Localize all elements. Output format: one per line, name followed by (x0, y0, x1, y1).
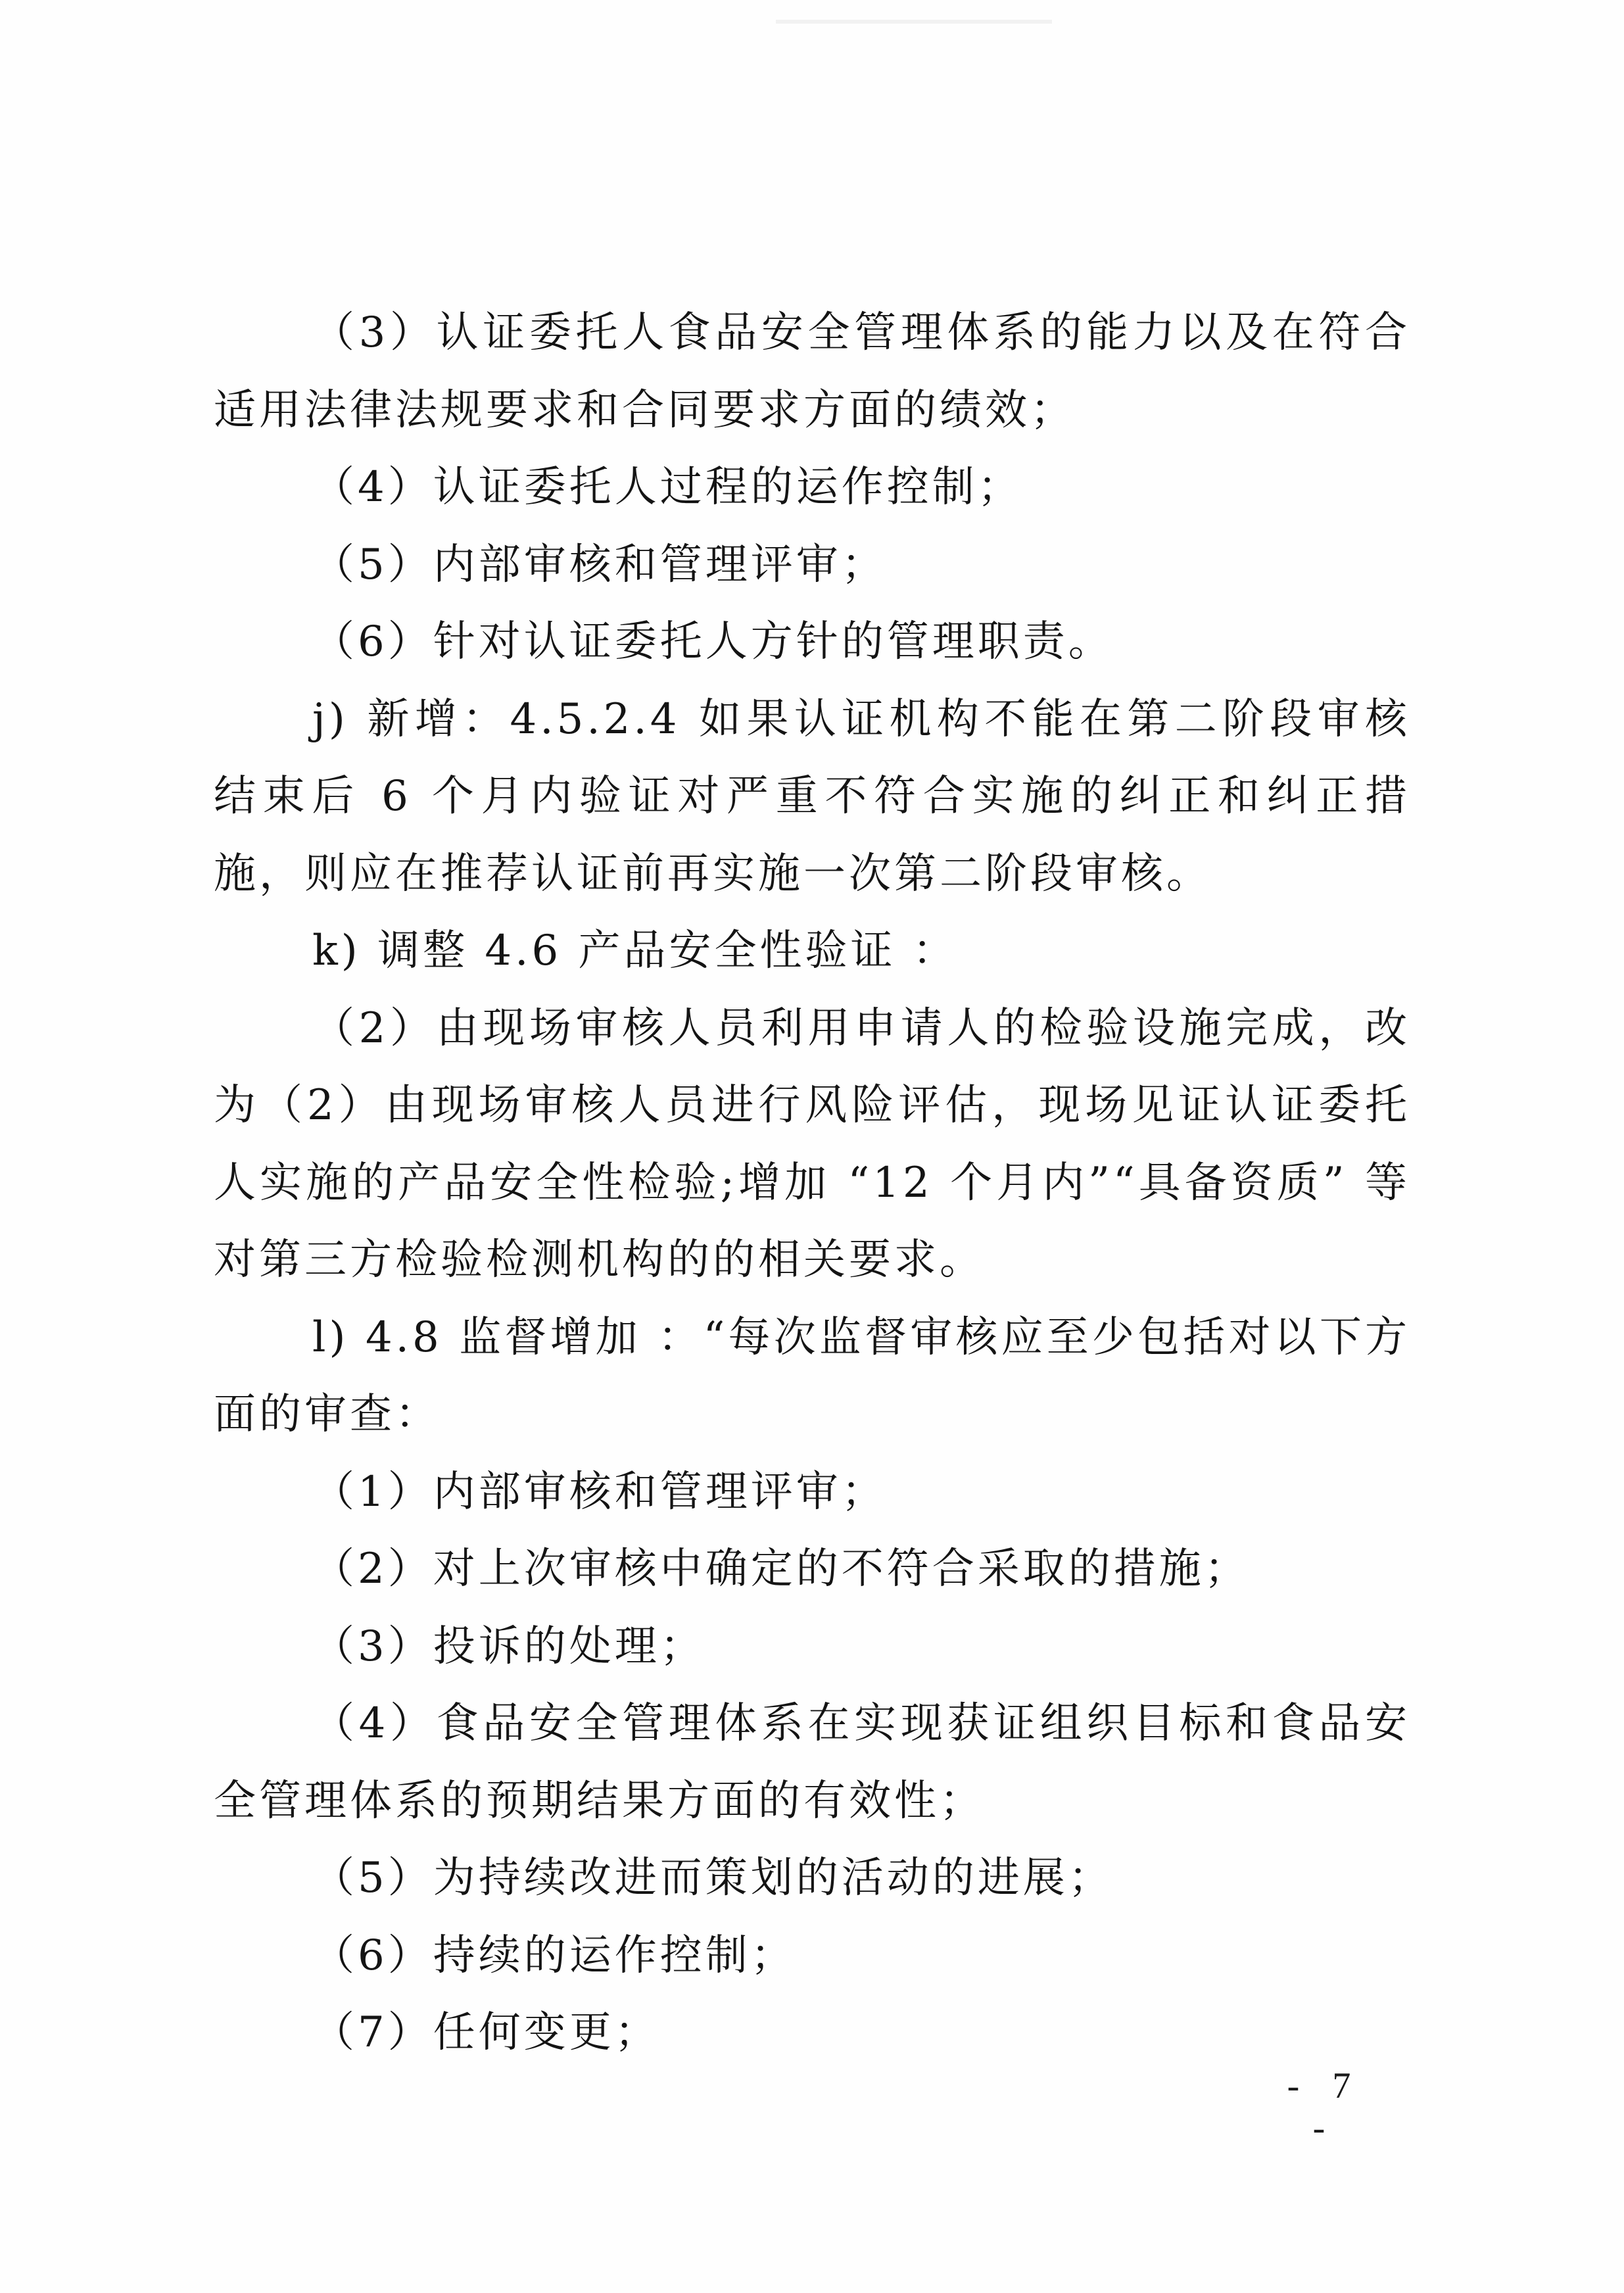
paragraph-item-4: （4）认证委托人过程的运作控制； (214, 449, 1410, 527)
paragraph-surveillance-5: （5）为持续改进而策划的活动的进展； (214, 1840, 1410, 1918)
scan-artifact (776, 20, 1052, 24)
paragraph-item-k-2: （2）由现场审核人员利用申请人的检验设施完成，改为（2）由现场审核人员进行风险评… (214, 990, 1410, 1299)
page-number: - 7 - (1272, 2065, 1377, 2149)
paragraph-surveillance-1: （1）内部审核和管理评审； (214, 1454, 1410, 1532)
paragraph-item-k: k) 调整 4.6 产品安全性验证 ： (214, 913, 1410, 990)
document-page: （3）认证委托人食品安全管理体系的能力以及在符合适用法律法规要求和合同要求方面的… (0, 0, 1624, 2293)
paragraph-surveillance-4: （4）食品安全管理体系在实现获证组织目标和食品安全管理体系的预期结果方面的有效性… (214, 1685, 1410, 1840)
paragraph-item-j: j) 新增：4.5.2.4 如果认证机构不能在第二阶段审核结束后 6 个月内验证… (214, 681, 1410, 913)
paragraph-surveillance-6: （6）持续的运作控制； (214, 1918, 1410, 1995)
paragraph-item-5: （5）内部审核和管理评审； (214, 527, 1410, 604)
paragraph-surveillance-7: （7）任何变更； (214, 1994, 1410, 2072)
paragraph-item-3: （3）认证委托人食品安全管理体系的能力以及在符合适用法律法规要求和合同要求方面的… (214, 295, 1410, 449)
paragraph-item-6: （6）针对认证委托人方针的管理职责。 (214, 604, 1410, 681)
document-body: （3）认证委托人食品安全管理体系的能力以及在符合适用法律法规要求和合同要求方面的… (214, 295, 1410, 2072)
paragraph-item-l: l) 4.8 监督增加 ：“每次监督审核应至少包括对以下方面的审查： (214, 1299, 1410, 1454)
paragraph-surveillance-2: （2）对上次审核中确定的不符合采取的措施； (214, 1531, 1410, 1608)
paragraph-surveillance-3: （3）投诉的处理； (214, 1608, 1410, 1686)
